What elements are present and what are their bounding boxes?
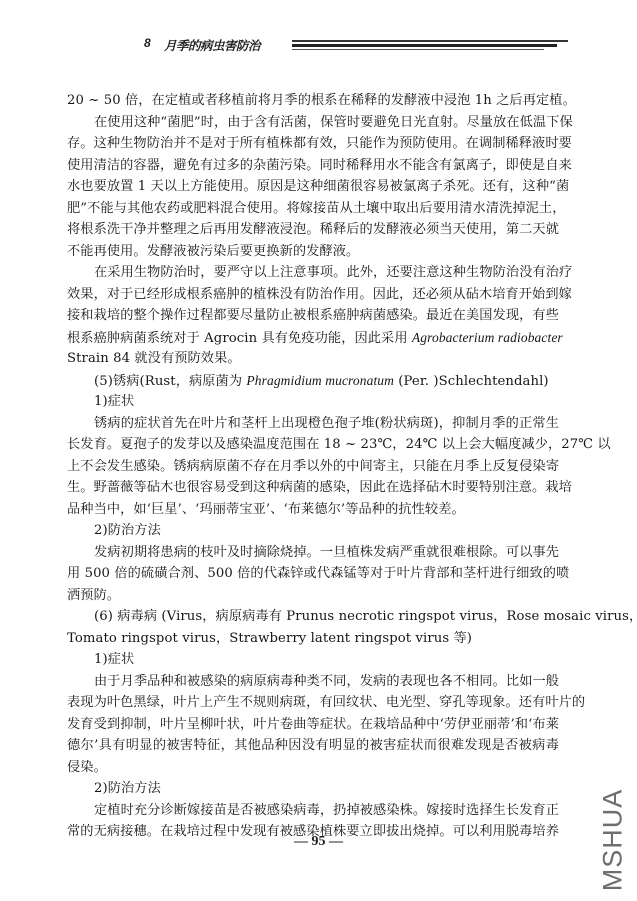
- text-line: 不能再使用。发酵液被污染后要更换新的发酵液。: [67, 241, 559, 263]
- text-line: 上不会发生感染。锈病病原菌不存在月季以外的中间寄主，只能在月季上反复侵染寄: [67, 456, 559, 478]
- text-line: 由于月季品种和被感染的病原病毒种类不同，发病的表现也各不相同。比如一般: [67, 671, 559, 693]
- text-line: (6) 病毒病 (Virus，病原病毒有 Prunus necrotic rin…: [67, 606, 559, 628]
- text-line: 发病初期将患病的枝叶及时摘除烧掉。一旦植株发病严重就很难根除。可以事先: [67, 542, 559, 564]
- text-line: 在采用生物防治时，要严守以上注意事项。此外，还要注意这种生物防治没有治疗: [67, 262, 559, 284]
- text-line: 长发育。夏孢子的发芽以及感染温度范围在 18 ~ 23℃，24℃ 以上会大幅度减…: [67, 434, 559, 456]
- text-segment: (5)锈病(Rust，病原菌为: [94, 374, 246, 389]
- text-line: 侵染。: [67, 757, 559, 779]
- text-line: 定植时充分诊断嫁接苗是否被感染病毒，扔掉被感染株。嫁接时选择生长发育正: [67, 800, 559, 822]
- text-line: 生。野蔷薇等砧木也很容易受到这种病菌的感染，因此在选择砧木时要特别注意。栽培: [67, 477, 559, 499]
- text-line: 品种当中，如‘巨星’、‘玛丽蒂宝亚’、‘布莱德尔’等品种的抗性较差。: [67, 499, 559, 521]
- text-line: 表现为叶色黑绿，叶片上产生不规则病斑，有回纹状、电光型、穿孔等现象。还有叶片的: [67, 692, 559, 714]
- scientific-name: Phragmidium mucronatum: [246, 373, 394, 388]
- text-line: 德尔’具有明显的被害特征，其他品种因没有明显的被害症状而很难发现是否被病毒: [67, 735, 559, 757]
- text-line: 肥”不能与其他农药或肥料混合使用。将嫁接苗从土壤中取出后要用清水清洗掉泥土，: [67, 198, 559, 220]
- text-line: 1)症状: [67, 391, 559, 413]
- text-line: 水也要放置 1 天以上方能使用。原因是这种细菌很容易被氯离子杀死。还有，这种“菌: [67, 176, 559, 198]
- body-text: 20 ~ 50 倍，在定植或者移植前将月季的根系在稀释的发酵液中浸泡 1h 之后…: [67, 90, 559, 843]
- header-rule-lines: [292, 40, 568, 52]
- scientific-name: Agrobacterium radiobacter: [412, 330, 563, 345]
- text-line: 2)防治方法: [67, 520, 559, 542]
- text-line: Strain 84 就没有预防效果。: [67, 348, 559, 370]
- text-line: 接和栽培的整个操作过程都要尽量防止被根系癌肿病菌感染。最近在美国发现，有些: [67, 305, 559, 327]
- page-number: — 95 —: [0, 834, 637, 850]
- text-line: 1)症状: [67, 649, 559, 671]
- watermark-text: MSHUA: [598, 789, 629, 892]
- text-line: Tomato ringspot virus，Strawberry latent …: [67, 628, 559, 650]
- text-line: 20 ~ 50 倍，在定植或者移植前将月季的根系在稀释的发酵液中浸泡 1h 之后…: [67, 90, 559, 112]
- text-line: 洒预防。: [67, 585, 559, 607]
- watermark: MSHUA: [598, 790, 628, 890]
- text-line: 存。这种生物防治并不是对于所有植株都有效，只能作为预防使用。在调制稀释液时要: [67, 133, 559, 155]
- text-line: 发育受到抑制，叶片呈柳叶状，叶片卷曲等症状。在栽培品种中‘劳伊亚丽蒂’和‘布莱: [67, 714, 559, 736]
- text-line: 2)防治方法: [67, 778, 559, 800]
- text-line: 效果，对于已经形成根系癌肿的植株没有防治作用。因此，还必须从砧木培育开始到嫁: [67, 284, 559, 306]
- running-header: 8 月季的病虫害防治: [144, 36, 584, 56]
- text-line: 在使用这种“菌肥”时，由于含有活菌，保管时要避免日光直射。尽量放在低温下保: [67, 112, 559, 134]
- chapter-number: 8: [144, 36, 151, 50]
- text-line: 根系癌肿病菌系统对于 Agrocin 具有免疫功能，因此采用 Agrobacte…: [67, 327, 559, 349]
- text-segment: 根系癌肿病菌系统对于 Agrocin 具有免疫功能，因此采用: [67, 331, 412, 346]
- text-line: 使用清洁的容器，避免有过多的杂菌污染。同时稀释用水不能含有氯离子，即使是自来: [67, 155, 559, 177]
- text-segment: (Per. )Schlechtendahl): [394, 374, 549, 389]
- text-line: (5)锈病(Rust，病原菌为 Phragmidium mucronatum (…: [67, 370, 559, 392]
- text-line: 将根系洗干净并整理之后再用发酵液浸泡。稀释后的发酵液必须当天使用，第二天就: [67, 219, 559, 241]
- chapter-title: 月季的病虫害防治: [164, 36, 260, 54]
- text-line: 锈病的症状首先在叶片和茎杆上出现橙色孢子堆(粉状病斑)，抑制月季的正常生: [67, 413, 559, 435]
- text-line: 用 500 倍的硫磺合剂、500 倍的代森锌或代森锰等对于叶片背部和茎杆进行细致…: [67, 563, 559, 585]
